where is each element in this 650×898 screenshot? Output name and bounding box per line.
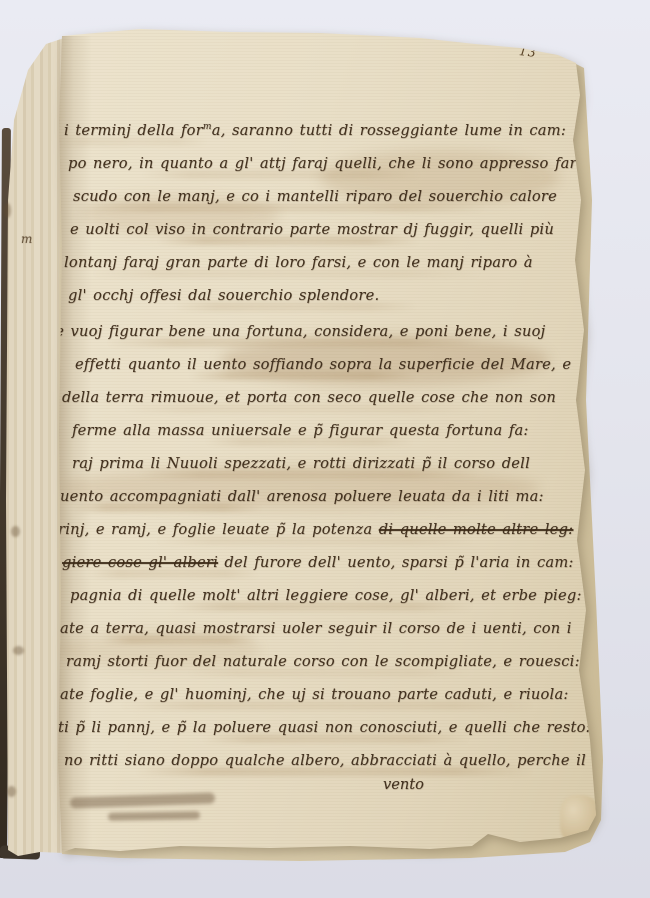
text-segment: giere cose gl' alberi xyxy=(62,554,218,571)
text-segment: i terminj della for xyxy=(64,122,203,139)
manuscript-line: ate a terra, quasi mostrarsi uoler segui… xyxy=(60,620,572,637)
text-segment: gl' occhj offesi dal souerchio splendore… xyxy=(68,287,379,304)
manuscript-line: ti p̃ li pannj, e p̃ la poluere quasi no… xyxy=(58,719,591,736)
text-segment: ferme alla massa uniuersale e p̃ figurar… xyxy=(72,422,529,439)
manuscript-line: ramj storti fuor del naturale corso con … xyxy=(66,653,580,670)
text-segment: no ritti siano doppo qualche albero, abb… xyxy=(64,752,586,769)
manuscript-line: della terra rimuoue, et porta con seco q… xyxy=(62,389,556,406)
text-segment: uento accompagniati dall' arenosa poluer… xyxy=(60,488,544,505)
manuscript-photo: m 13 56. i terminj della forma, saranno … xyxy=(0,0,650,898)
manuscript-line: e uolti col viso in contrario parte most… xyxy=(70,221,554,238)
catchword: vento xyxy=(383,776,424,793)
leaf-wrapper: 13 56. i terminj della forma, saranno tu… xyxy=(0,0,650,898)
text-segment: effetti quanto il uento soffiando sopra … xyxy=(75,356,571,373)
text-segment: della terra rimuoue, et porta con seco q… xyxy=(62,389,556,406)
manuscript-line: giere cose gl' alberi del furore dell' u… xyxy=(62,554,574,571)
text-segment: Se vuoj figurar bene una fortuna, consid… xyxy=(45,323,545,340)
manuscript-line: rinj, e ramj, e foglie leuate p̃ la pote… xyxy=(58,521,573,538)
text-segment: po nero, in quanto a gl' attj faraj quel… xyxy=(68,155,589,172)
manuscript-line: ate foglie, e gl' huominj, che uj si tro… xyxy=(60,686,569,703)
text-segment: ramj storti fuor del naturale corso con … xyxy=(66,653,580,670)
text-segment: rinj, e ramj, e foglie leuate p̃ la pote… xyxy=(58,521,379,538)
manuscript-line: lontanj faraj gran parte di loro farsi, … xyxy=(64,254,533,271)
text-segment: raj prima li Nuuoli spezzati, e rotti di… xyxy=(72,455,530,472)
manuscript-text-block: i terminj della forma, saranno tutti di … xyxy=(0,0,650,898)
manuscript-line: Se vuoj figurar bene una fortuna, consid… xyxy=(45,323,545,340)
manuscript-line: uento accompagniati dall' arenosa poluer… xyxy=(60,488,544,505)
text-segment: di quelle molte altre leg: xyxy=(379,521,574,538)
text-segment: e uolti col viso in contrario parte most… xyxy=(70,221,554,238)
manuscript-line: gl' occhj offesi dal souerchio splendore… xyxy=(68,287,379,304)
text-segment: ate foglie, e gl' huominj, che uj si tro… xyxy=(60,686,569,703)
manuscript-line: i terminj della forma, saranno tutti di … xyxy=(64,122,566,139)
text-segment: ate a terra, quasi mostrarsi uoler segui… xyxy=(60,620,572,637)
text-segment: m xyxy=(203,122,212,132)
manuscript-leaf: 13 56. i terminj della forma, saranno tu… xyxy=(0,0,650,898)
manuscript-line: raj prima li Nuuoli spezzati, e rotti di… xyxy=(72,455,530,472)
margin-section-number: 56. xyxy=(27,324,48,339)
text-segment: ti p̃ li pannj, e p̃ la poluere quasi no… xyxy=(58,719,591,736)
manuscript-line: scudo con le manj, e co i mantelli ripar… xyxy=(73,188,557,205)
text-segment: a, saranno tutti di rosseggiante lume in… xyxy=(212,122,566,139)
manuscript-line: ferme alla massa uniuersale e p̃ figurar… xyxy=(72,422,529,439)
manuscript-line: no ritti siano doppo qualche albero, abb… xyxy=(64,752,586,769)
manuscript-line: po nero, in quanto a gl' attj faraj quel… xyxy=(68,155,589,172)
manuscript-line: pagnia di quelle molt' altri leggiere co… xyxy=(70,587,582,604)
text-segment: del furore dell' uento, sparsi p̃ l'aria… xyxy=(218,554,574,571)
text-segment: scudo con le manj, e co i mantelli ripar… xyxy=(73,188,557,205)
manuscript-line: effetti quanto il uento soffiando sopra … xyxy=(75,356,571,373)
text-segment: pagnia di quelle molt' altri leggiere co… xyxy=(70,587,582,604)
text-segment: lontanj faraj gran parte di loro farsi, … xyxy=(64,254,533,271)
